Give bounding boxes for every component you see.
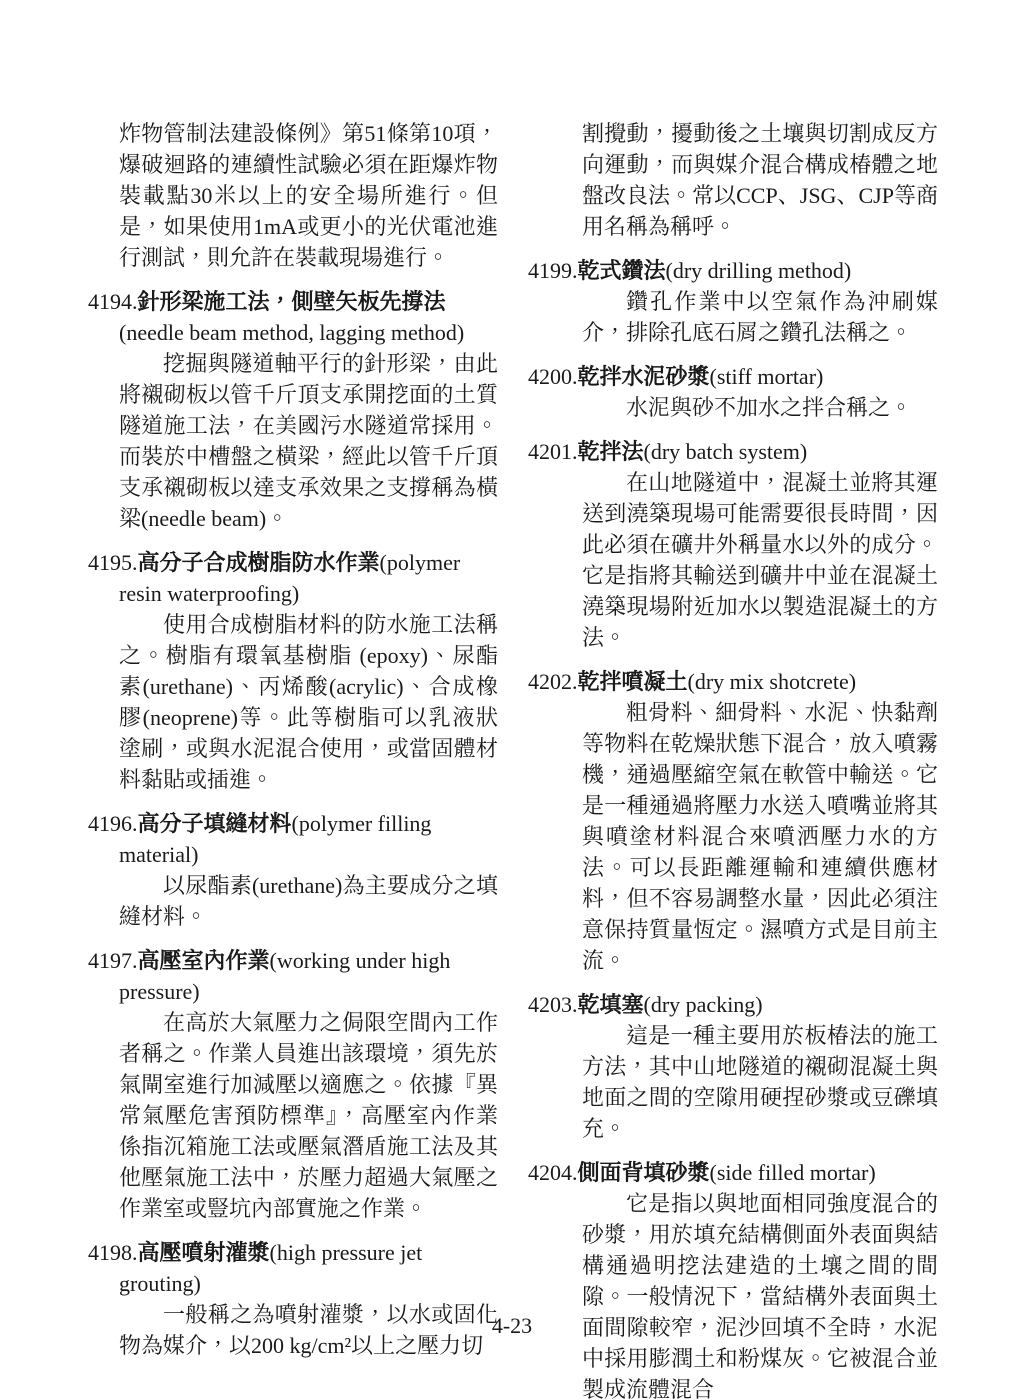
continuation-paragraph: 炸物管制法建設條例》第51條第10項，爆破迴路的連續性試驗必須在距爆炸物裝載點3… — [119, 118, 498, 273]
entry-term: 乾式鑽法 — [578, 258, 666, 283]
entry-heading: 4194.針形梁施工法，側壁矢板先撐法(needle beam method, … — [88, 286, 498, 348]
entry-number: 4201. — [528, 439, 578, 464]
left-column: 炸物管制法建設條例》第51條第10項，爆破迴路的連續性試驗必須在距爆炸物裝載點3… — [88, 118, 498, 1400]
entry-heading: 4202.乾拌噴凝土(dry mix shotcrete) — [528, 666, 938, 697]
entry-4200: 4200.乾拌水泥砂漿(stiff mortar) 水泥與砂不加水之拌合稱之。 — [528, 361, 938, 423]
entry-4199: 4199.乾式鑽法(dry drilling method) 鑽孔作業中以空氣作… — [528, 255, 938, 348]
entry-term: 乾拌噴凝土 — [578, 669, 688, 694]
entry-definition: 以尿酯素(urethane)為主要成分之填縫材料。 — [119, 870, 498, 932]
entry-number: 4204. — [528, 1160, 578, 1185]
entry-4196: 4196.高分子填縫材料(polymer filling material) 以… — [88, 808, 498, 932]
entry-heading: 4203.乾填塞(dry packing) — [528, 989, 938, 1020]
entry-number: 4194. — [88, 289, 138, 314]
entry-definition: 水泥與砂不加水之拌合稱之。 — [582, 392, 938, 423]
entry-definition: 它是指以與地面相同強度混合的砂漿，用於填充結構側面外表面與結構通過明挖法建造的土… — [582, 1188, 938, 1400]
entry-heading: 4197.高壓室內作業(working under high pressure) — [88, 945, 498, 1007]
entry-number: 4197. — [88, 948, 138, 973]
entry-definition: 在山地隧道中，混凝土並將其運送到澆築現場可能需要很長時間，因此必須在礦井外稱量水… — [582, 467, 938, 653]
entry-4198: 4198.高壓噴射灌漿(high pressure jet grouting) … — [88, 1237, 498, 1361]
entry-4194: 4194.針形梁施工法，側壁矢板先撐法(needle beam method, … — [88, 286, 498, 534]
entry-english-term: (dry packing) — [644, 992, 763, 1017]
entry-term: 針形梁施工法，側壁矢板先撐法 — [138, 289, 446, 314]
entry-term: 乾拌水泥砂漿 — [578, 364, 710, 389]
entry-number: 4199. — [528, 258, 578, 283]
entry-heading: 4195.高分子合成樹脂防水作業(polymer resin waterproo… — [88, 547, 498, 609]
entry-term: 乾拌法 — [578, 439, 644, 464]
entry-number: 4195. — [88, 550, 138, 575]
entry-term: 高壓噴射灌漿 — [138, 1240, 270, 1265]
entry-heading: 4196.高分子填縫材料(polymer filling material) — [88, 808, 498, 870]
entry-4202: 4202.乾拌噴凝土(dry mix shotcrete) 粗骨料、細骨料、水泥… — [528, 666, 938, 976]
document-page: 炸物管制法建設條例》第51條第10項，爆破迴路的連續性試驗必須在距爆炸物裝載點3… — [0, 0, 1024, 1400]
entry-number: 4198. — [88, 1240, 138, 1265]
entry-definition: 挖掘與隧道軸平行的針形梁，由此將襯砌板以管千斤頂支承開挖面的土質隧道施工法，在美… — [119, 348, 498, 534]
entry-4197: 4197.高壓室內作業(working under high pressure)… — [88, 945, 498, 1224]
entry-english-term: (dry mix shotcrete) — [688, 669, 857, 694]
entry-english-term: (dry batch system) — [644, 439, 808, 464]
entry-english-term: (stiff mortar) — [710, 364, 824, 389]
right-column: 割攪動，擾動後之土壤與切割成反方向運動，而與媒介混合構成椿體之地盤改良法。常以C… — [528, 118, 938, 1400]
continuation-paragraph: 割攪動，擾動後之土壤與切割成反方向運動，而與媒介混合構成椿體之地盤改良法。常以C… — [582, 118, 938, 242]
entry-english-term: (side filled mortar) — [710, 1160, 876, 1185]
entry-term: 乾填塞 — [578, 992, 644, 1017]
entry-4204: 4204.側面背填砂漿(side filled mortar) 它是指以與地面相… — [528, 1157, 938, 1400]
entry-term: 高壓室內作業 — [138, 948, 270, 973]
entry-heading: 4201.乾拌法(dry batch system) — [528, 436, 938, 467]
entry-4203: 4203.乾填塞(dry packing) 這是一種主要用於板椿法的施工方法，其… — [528, 989, 938, 1144]
entry-term: 高分子填縫材料 — [138, 811, 292, 836]
entry-4201: 4201.乾拌法(dry batch system) 在山地隧道中，混凝土並將其… — [528, 436, 938, 653]
entry-definition: 這是一種主要用於板椿法的施工方法，其中山地隧道的襯砌混凝土與地面之間的空隙用硬捏… — [582, 1020, 938, 1144]
entry-heading: 4198.高壓噴射灌漿(high pressure jet grouting) — [88, 1237, 498, 1299]
entry-definition: 鑽孔作業中以空氣作為沖刷媒介，排除孔底石屑之鑽孔法稱之。 — [582, 286, 938, 348]
page-number: 4-23 — [0, 1312, 1024, 1340]
entry-heading: 4200.乾拌水泥砂漿(stiff mortar) — [528, 361, 938, 392]
entry-term: 高分子合成樹脂防水作業 — [138, 550, 380, 575]
page-content: 炸物管制法建設條例》第51條第10項，爆破迴路的連續性試驗必須在距爆炸物裝載點3… — [88, 118, 938, 1400]
entry-heading: 4204.側面背填砂漿(side filled mortar) — [528, 1157, 938, 1188]
entry-definition: 使用合成樹脂材料的防水施工法稱之。樹脂有環氧基樹脂 (epoxy)、尿酯素(ur… — [119, 609, 498, 795]
entry-number: 4196. — [88, 811, 138, 836]
entry-english-term: (needle beam method, lagging method) — [119, 320, 464, 345]
entry-number: 4200. — [528, 364, 578, 389]
entry-definition: 粗骨料、細骨料、水泥、快黏劑等物料在乾燥狀態下混合，放入噴霧機，通過壓縮空氣在軟… — [582, 697, 938, 976]
entry-definition: 在高於大氣壓力之侷限空間內工作者稱之。作業人員進出該環境，須先於氣閘室進行加減壓… — [119, 1007, 498, 1224]
entry-4195: 4195.高分子合成樹脂防水作業(polymer resin waterproo… — [88, 547, 498, 795]
entry-term: 側面背填砂漿 — [578, 1160, 710, 1185]
entry-number: 4202. — [528, 669, 578, 694]
entry-english-term: (dry drilling method) — [666, 258, 852, 283]
entry-heading: 4199.乾式鑽法(dry drilling method) — [528, 255, 938, 286]
entry-number: 4203. — [528, 992, 578, 1017]
